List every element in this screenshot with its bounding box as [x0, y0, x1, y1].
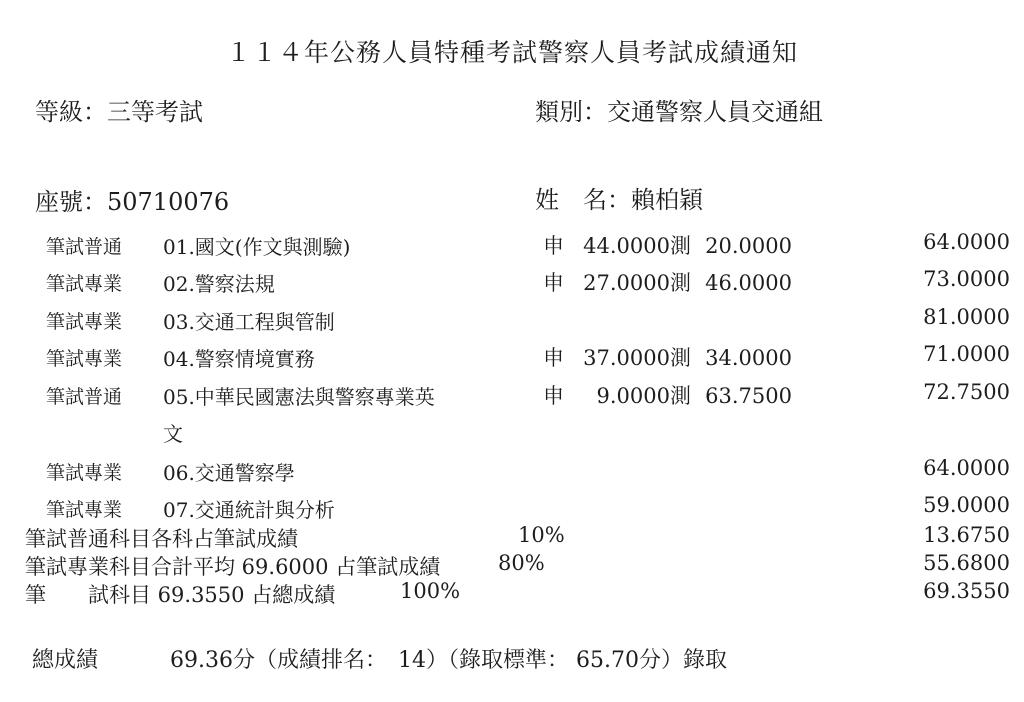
essay-label: 申 — [543, 267, 564, 297]
test-score: 34.0000 — [691, 346, 792, 370]
document-title: １１４年公務人員特種考試警察人員考試成績通知 — [0, 33, 1024, 69]
subject-row: 筆試專業 02.警察法規 申27.0000測46.0000 73.0000 — [0, 267, 1024, 295]
test-label: 測 — [670, 342, 691, 372]
test-label: 測 — [670, 380, 691, 410]
essay-score: 9.0000 — [564, 384, 670, 408]
exam-class: 類別：交通警察人員交通組 — [535, 92, 823, 127]
subject-name: 07.交通統計與分析 — [163, 494, 335, 523]
subject-total: 81.0000 — [850, 305, 1010, 329]
subject-category: 筆試專業 — [46, 344, 122, 371]
subject-scores: 申37.0000測34.0000 — [543, 342, 792, 372]
essay-score: 27.0000 — [564, 271, 670, 295]
subject-name-continuation: 文 — [163, 418, 183, 447]
score-notice-document: １１４年公務人員特種考試警察人員考試成績通知 等級：三等考試 類別：交通警察人員… — [0, 0, 1024, 702]
subject-row: 筆試專業 07.交通統計與分析 59.0000 — [0, 493, 1024, 521]
exam-grade-label: 等級： — [35, 98, 107, 126]
seat-number-value: 50710076 — [107, 188, 229, 216]
summary-total: 13.6750 — [850, 523, 1010, 547]
subject-total: 59.0000 — [850, 493, 1010, 517]
summary-percent: 10% — [518, 523, 565, 547]
subject-category: 筆試專業 — [46, 307, 122, 334]
subject-name: 04.警察情境實務 — [163, 343, 315, 372]
subject-total: 64.0000 — [850, 230, 1010, 254]
summary-percent: 100% — [400, 579, 460, 603]
exam-grade-value: 三等考試 — [107, 98, 203, 126]
subject-name: 01.國文(作文與測驗) — [163, 231, 350, 260]
subject-row: 筆試普通 01.國文(作文與測驗) 申44.0000測20.0000 64.00… — [0, 230, 1024, 258]
candidate-name-label: 姓 名： — [535, 186, 631, 214]
subject-row: 筆試專業 06.交通警察學 64.0000 — [0, 456, 1024, 484]
subject-name: 02.警察法規 — [163, 268, 275, 297]
candidate-name: 姓 名：賴柏穎 — [535, 180, 703, 215]
seat-number: 座號：50710076 — [35, 182, 229, 217]
summary-row-professional-subjects: 筆試專業科目合計平均 69.6000 占筆試成績 80% 55.6800 — [0, 551, 1024, 577]
subject-row: 筆試普通 05.中華民國憲法與警察專業英 申9.0000測63.7500 72.… — [0, 380, 1024, 408]
candidate-name-value: 賴柏穎 — [631, 186, 703, 214]
exam-class-value: 交通警察人員交通組 — [607, 98, 823, 126]
summary-text: 筆試專業科目合計平均 69.6000 占筆試成績 — [25, 551, 440, 581]
subject-row: 筆試專業 04.警察情境實務 申37.0000測34.0000 71.0000 — [0, 342, 1024, 370]
summary-text: 筆試普通科目各科占筆試成績 — [25, 523, 298, 553]
subject-scores: 申9.0000測63.7500 — [543, 380, 792, 410]
test-score: 63.7500 — [691, 384, 792, 408]
test-score: 20.0000 — [691, 234, 792, 258]
subject-total: 71.0000 — [850, 342, 1010, 366]
subject-category: 筆試專業 — [46, 458, 122, 485]
exam-class-label: 類別： — [535, 98, 607, 126]
subject-name: 06.交通警察學 — [163, 457, 295, 486]
subject-category: 筆試專業 — [46, 495, 122, 522]
subject-scores: 申27.0000測46.0000 — [543, 267, 792, 297]
essay-label: 申 — [543, 380, 564, 410]
essay-label: 申 — [543, 230, 564, 260]
summary-percent: 80% — [498, 551, 545, 575]
subject-row: 筆試專業 03.交通工程與管制 81.0000 — [0, 305, 1024, 333]
subject-category: 筆試普通 — [46, 232, 122, 259]
summary-total: 69.3550 — [850, 579, 1010, 603]
summary-row-general-subjects: 筆試普通科目各科占筆試成績 10% 13.6750 — [0, 523, 1024, 549]
subject-total: 73.0000 — [850, 267, 1010, 291]
summary-total: 55.6800 — [850, 551, 1010, 575]
summary-text: 筆 試科目 69.3550 占總成績 — [25, 579, 335, 609]
subject-scores: 申44.0000測20.0000 — [543, 230, 792, 260]
exam-grade: 等級：三等考試 — [35, 92, 203, 127]
final-score-value: 69.36分（成績排名： 14）（錄取標準： 65.70分）錄取 — [170, 643, 727, 674]
test-label: 測 — [670, 230, 691, 260]
essay-label: 申 — [543, 342, 564, 372]
test-label: 測 — [670, 267, 691, 297]
final-score-label: 總成績 — [32, 643, 98, 674]
subject-total: 64.0000 — [850, 456, 1010, 480]
test-score: 46.0000 — [691, 271, 792, 295]
seat-number-label: 座號： — [35, 188, 107, 216]
subject-name: 05.中華民國憲法與警察專業英 — [163, 381, 435, 410]
essay-score: 44.0000 — [564, 234, 670, 258]
subject-category: 筆試普通 — [46, 382, 122, 409]
essay-score: 37.0000 — [564, 346, 670, 370]
subject-total: 72.7500 — [850, 380, 1010, 404]
subject-category: 筆試專業 — [46, 269, 122, 296]
subject-name: 03.交通工程與管制 — [163, 306, 335, 335]
summary-row-written-exam: 筆 試科目 69.3550 占總成績 100% 69.3550 — [0, 579, 1024, 605]
